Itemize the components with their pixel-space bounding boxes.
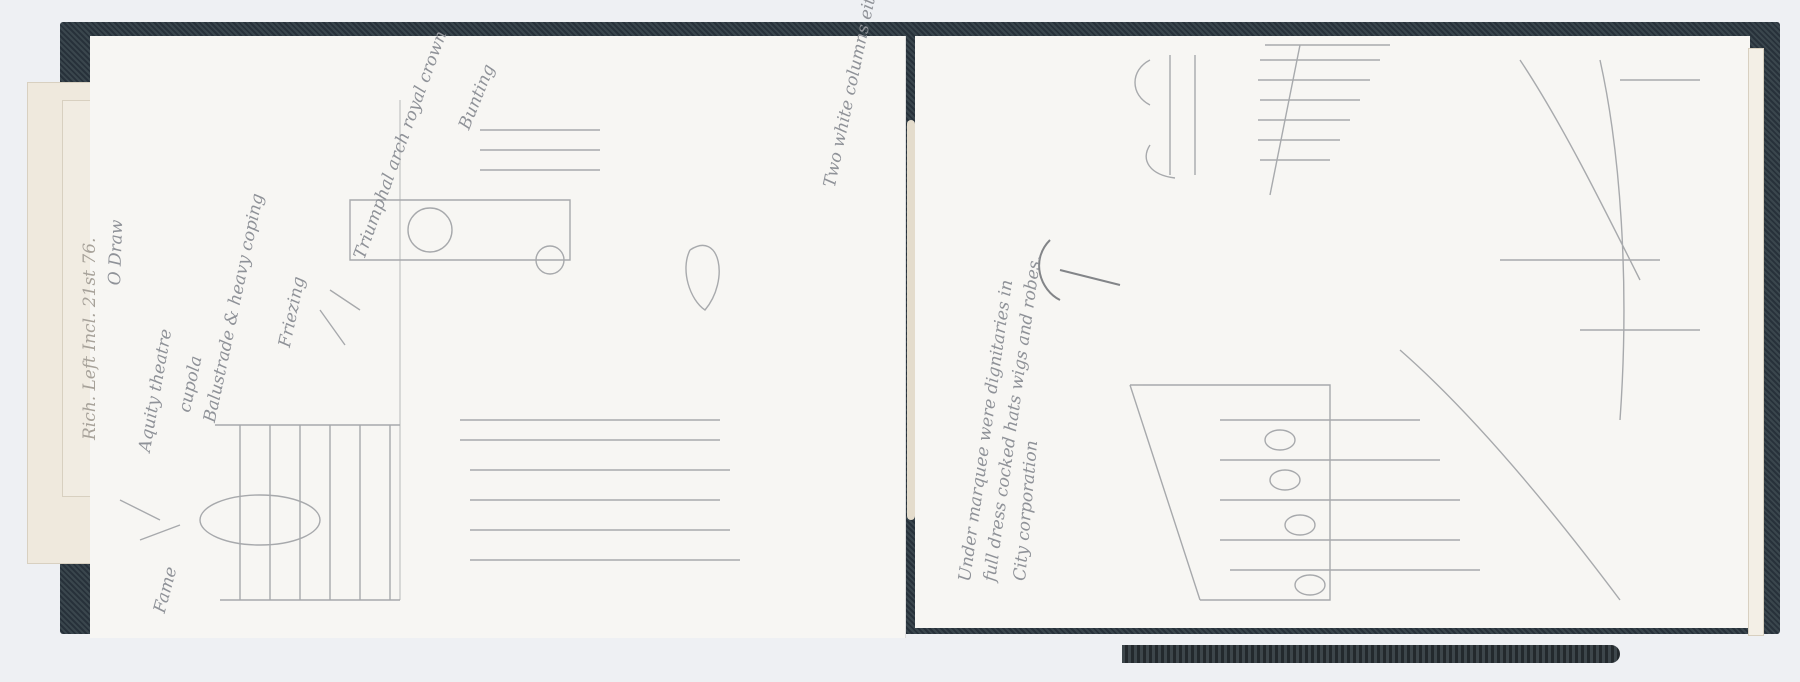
insert-note: Rich. Left Incl. 21st 76. xyxy=(80,238,100,440)
note-draw: O Draw xyxy=(105,219,127,285)
pencil-sketches xyxy=(0,0,1800,682)
